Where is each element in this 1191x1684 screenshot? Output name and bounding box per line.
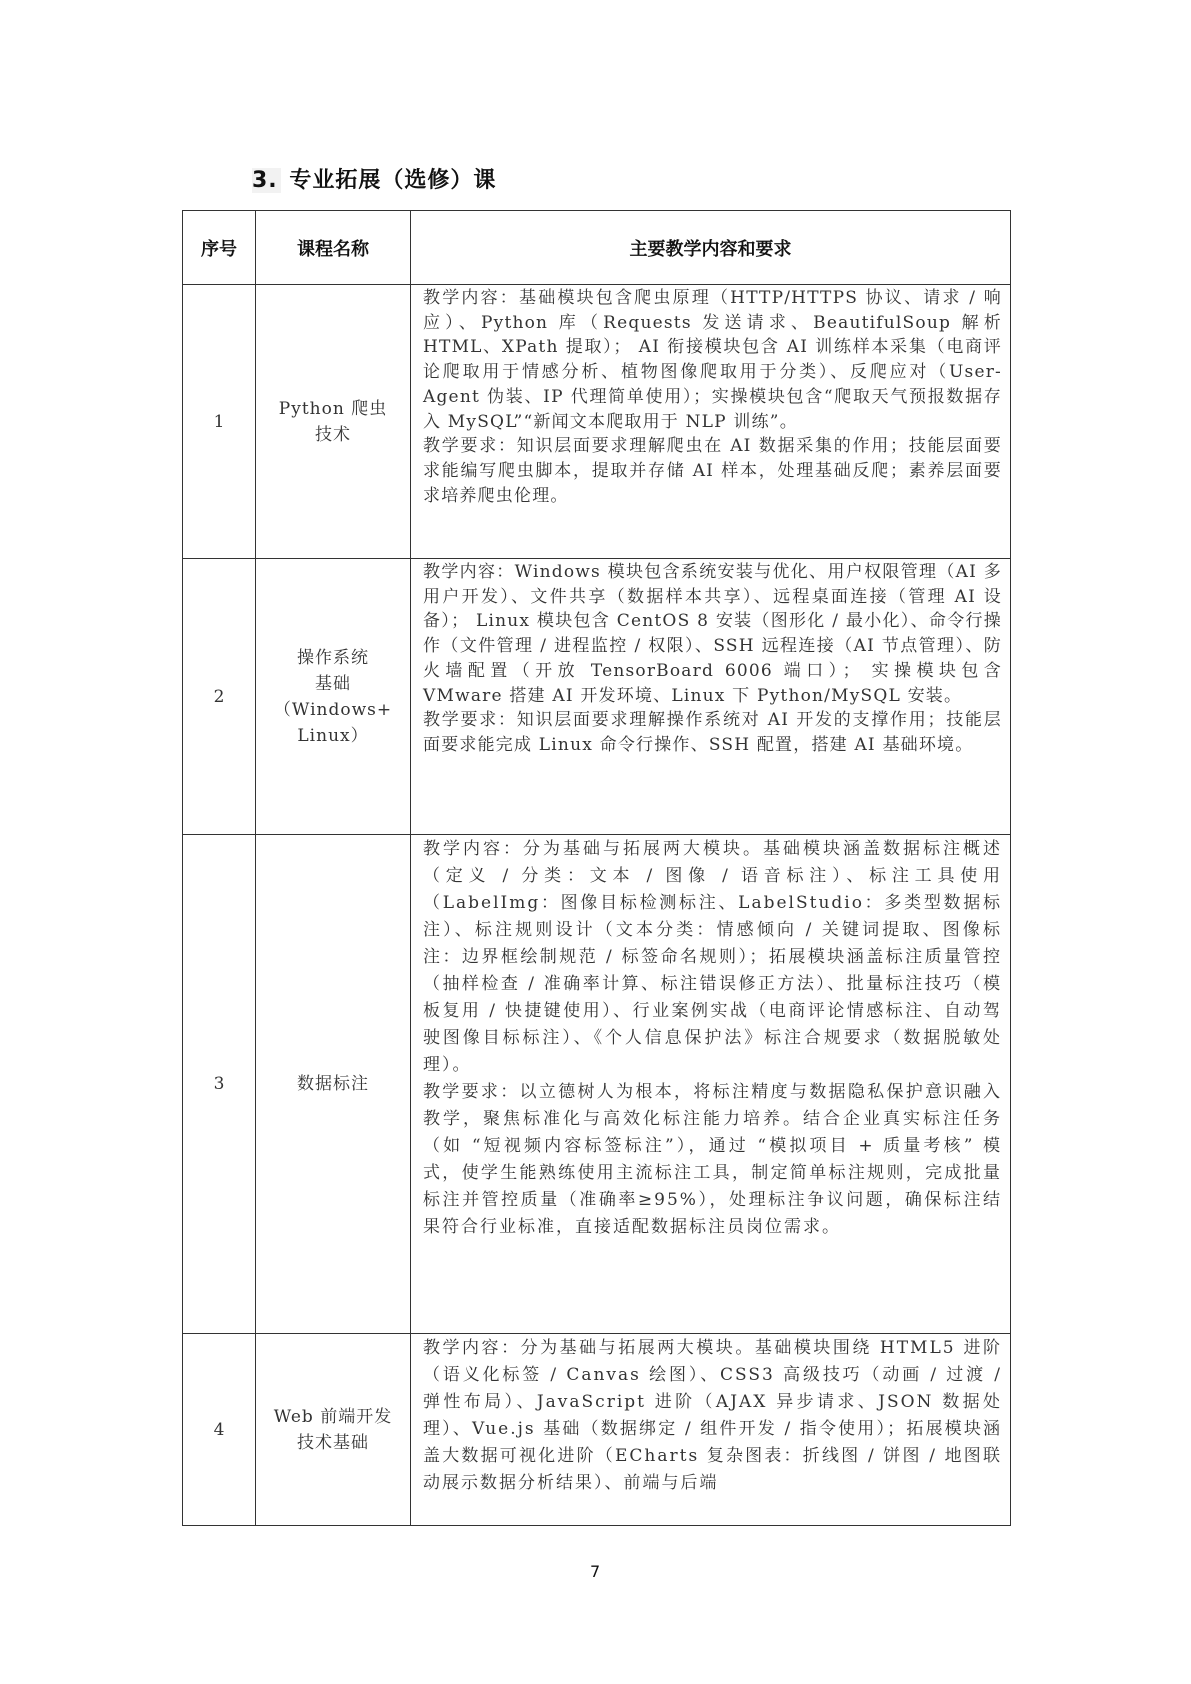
teaching-requirement: 教学要求：知识层面要求理解爬虫在 AI 数据采集的作用；技能层面要求能编写爬虫脚…: [423, 434, 1002, 508]
row-course-name: 操作系统 基础 （Windows+ Linux）: [256, 559, 411, 835]
row-content: 教学内容：Windows 模块包含系统安装与优化、用户权限管理（AI 多用户开发…: [411, 559, 1011, 835]
table-header-row: 序号 课程名称 主要教学内容和要求: [183, 211, 1011, 285]
table-row: 1 Python 爬虫 技术 教学内容：基础模块包含爬虫原理（HTTP/HTTP…: [183, 285, 1011, 559]
header-seq: 序号: [183, 211, 256, 285]
row-content: 教学内容：分为基础与拓展两大模块。基础模块涵盖数据标注概述（定义 / 分类：文本…: [411, 835, 1011, 1334]
row-course-name: 数据标注: [256, 835, 411, 1334]
row-seq: 4: [183, 1334, 256, 1526]
row-course-name: Python 爬虫 技术: [256, 285, 411, 559]
course-name-line: 技术基础: [256, 1430, 410, 1456]
teaching-content: 教学内容：Windows 模块包含系统安装与优化、用户权限管理（AI 多用户开发…: [423, 560, 1002, 708]
table-row: 4 Web 前端开发 技术基础 教学内容：分为基础与拓展两大模块。基础模块围绕 …: [183, 1334, 1011, 1526]
section-title-text: 专业拓展（选修）课: [289, 168, 496, 193]
course-name-line: （Windows+: [256, 697, 410, 723]
row-seq: 3: [183, 835, 256, 1334]
section-number: 3.: [252, 168, 281, 193]
row-seq: 1: [183, 285, 256, 559]
section-title: 3. 专业拓展（选修）课: [252, 163, 496, 194]
header-content: 主要教学内容和要求: [411, 211, 1011, 285]
teaching-requirement: 教学要求：知识层面要求理解操作系统对 AI 开发的支撑作用；技能层面要求能完成 …: [423, 708, 1002, 757]
course-name-line: Web 前端开发: [256, 1404, 410, 1430]
course-name-line: 操作系统: [256, 645, 410, 671]
header-course-name: 课程名称: [256, 211, 411, 285]
course-name-line: Linux）: [256, 723, 410, 749]
course-name-line: Python 爬虫: [256, 396, 410, 422]
row-content: 教学内容：分为基础与拓展两大模块。基础模块围绕 HTML5 进阶（语义化标签 /…: [411, 1334, 1011, 1526]
teaching-requirement: 教学要求：以立德树人为根本，将标注精度与数据隐私保护意识融入教学，聚焦标准化与高…: [423, 1079, 1002, 1241]
course-table: 序号 课程名称 主要教学内容和要求 1 Python 爬虫 技术 教学内容：基础…: [182, 210, 1011, 1526]
course-name-line: 数据标注: [256, 1071, 410, 1097]
teaching-content: 教学内容：分为基础与拓展两大模块。基础模块涵盖数据标注概述（定义 / 分类：文本…: [423, 836, 1002, 1079]
row-course-name: Web 前端开发 技术基础: [256, 1334, 411, 1526]
table-row: 3 数据标注 教学内容：分为基础与拓展两大模块。基础模块涵盖数据标注概述（定义 …: [183, 835, 1011, 1334]
course-name-line: 技术: [256, 422, 410, 448]
teaching-content: 教学内容：分为基础与拓展两大模块。基础模块围绕 HTML5 进阶（语义化标签 /…: [423, 1335, 1002, 1497]
row-seq: 2: [183, 559, 256, 835]
teaching-content: 教学内容：基础模块包含爬虫原理（HTTP/HTTPS 协议、请求 / 响应）、P…: [423, 286, 1002, 434]
table-row: 2 操作系统 基础 （Windows+ Linux） 教学内容：Windows …: [183, 559, 1011, 835]
course-name-line: 基础: [256, 671, 410, 697]
page-number: 7: [590, 1562, 600, 1581]
row-content: 教学内容：基础模块包含爬虫原理（HTTP/HTTPS 协议、请求 / 响应）、P…: [411, 285, 1011, 559]
